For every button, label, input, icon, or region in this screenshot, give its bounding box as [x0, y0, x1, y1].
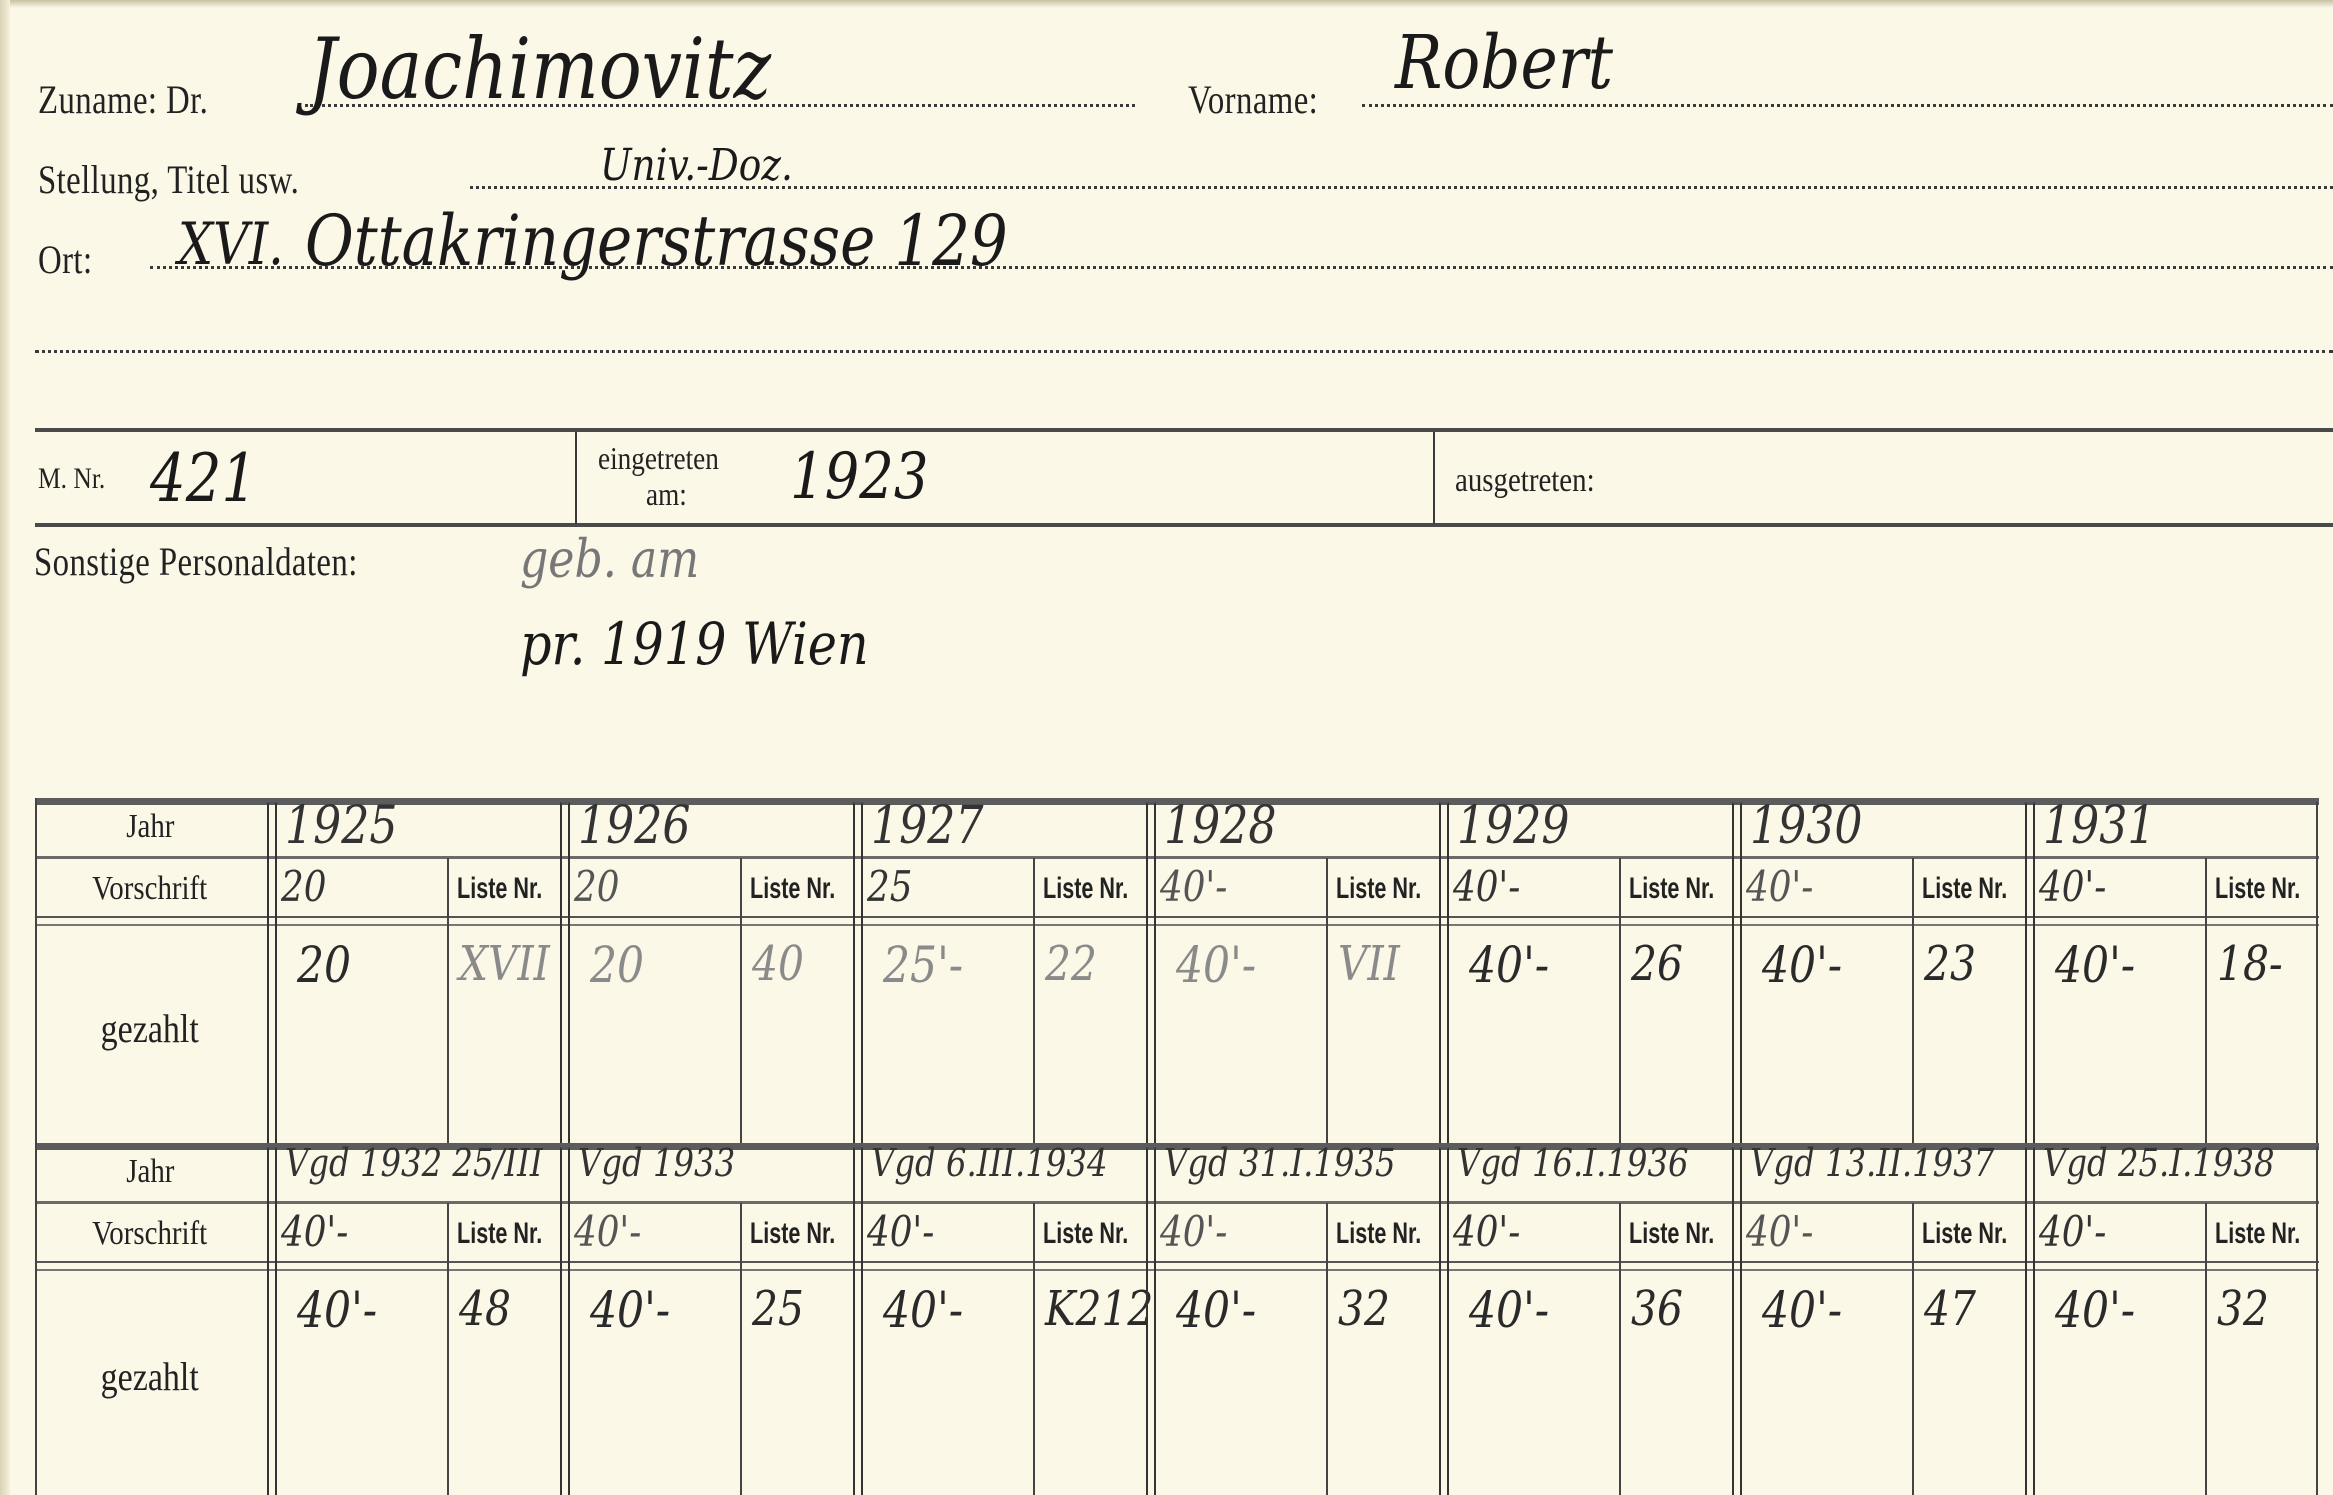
top-liste-divider — [1326, 858, 1328, 1144]
cell-vorschrift: 40'- — [2039, 1207, 2106, 1256]
cell-gezahlt: 40'- — [1469, 1281, 1549, 1339]
cell-jahr: 1927 — [871, 796, 983, 856]
top-year-divider — [1732, 802, 1742, 1148]
label-liste-nr: Liste Nr. — [1336, 872, 1421, 906]
cell-liste-nr: 18- — [2217, 936, 2283, 992]
membership-divider-2 — [1433, 432, 1435, 524]
bottom-liste-divider — [1619, 1203, 1621, 1495]
cell-vorschrift: 40'- — [867, 1207, 934, 1256]
cell-vorschrift: 40'- — [2039, 862, 2106, 911]
cell-jahr: Vgd 25.I.1938 — [2043, 1141, 2275, 1185]
top-liste-divider — [740, 858, 742, 1144]
ort-label: Ort: — [38, 236, 92, 283]
bottom-right-border — [2316, 1147, 2318, 1495]
stellung-label: Stellung, Titel usw. — [38, 156, 299, 203]
cell-liste-nr: 40 — [752, 936, 804, 992]
zuname-label: Zuname: Dr. — [38, 76, 208, 123]
eingetreten-label: eingetreten — [598, 440, 719, 477]
row-label-gezahlt: gezahlt — [35, 1005, 265, 1052]
top-vorschrift-rule — [35, 916, 2319, 926]
cell-gezahlt: 25'- — [883, 936, 963, 994]
bottom-liste-divider — [740, 1203, 742, 1495]
top-year-divider — [560, 802, 570, 1148]
cell-liste-nr: 32 — [2217, 1281, 2269, 1337]
cell-liste-nr: 48 — [459, 1281, 511, 1337]
row-label-vorschrift: Vorschrift — [35, 870, 265, 908]
stellung-value: Univ.-Doz. — [600, 140, 793, 191]
top-year-divider — [1146, 802, 1156, 1148]
bottom-year-divider — [1732, 1147, 1742, 1495]
cell-liste-nr: VII — [1338, 936, 1400, 992]
cell-liste-nr: 36 — [1631, 1281, 1683, 1337]
top-year-divider — [267, 802, 277, 1148]
cell-jahr: 1926 — [578, 796, 690, 856]
top-liste-divider — [1033, 858, 1035, 1144]
row-label-jahr: Jahr — [35, 808, 265, 846]
bottom-year-divider — [1146, 1147, 1156, 1495]
cell-liste-nr: XVII — [459, 936, 550, 992]
membership-divider-1 — [575, 432, 577, 524]
label-liste-nr: Liste Nr. — [1043, 1217, 1128, 1251]
top-year-divider — [1439, 802, 1449, 1148]
cell-gezahlt: 40'- — [1762, 936, 1842, 994]
card-edge-left — [0, 0, 10, 1495]
cell-jahr: 1925 — [285, 796, 397, 856]
bottom-liste-divider — [1326, 1203, 1328, 1495]
bottom-vorschrift-rule — [35, 1261, 2319, 1271]
zuname-value: Joachimovitz — [308, 20, 771, 118]
label-liste-nr: Liste Nr. — [1629, 872, 1714, 906]
personal-label: Sonstige Personaldaten: — [34, 538, 358, 585]
card-edge-top — [0, 0, 2333, 8]
bottom-left-border — [35, 1143, 37, 1495]
label-liste-nr: Liste Nr. — [1922, 1217, 2007, 1251]
eingetreten-am-label: am: — [646, 476, 687, 513]
cell-jahr: Vgd 1932 25/III — [285, 1141, 543, 1185]
cell-jahr: 1929 — [1457, 796, 1569, 856]
cell-vorschrift: 40'- — [1746, 1207, 1813, 1256]
cell-gezahlt: 40'- — [1469, 936, 1549, 994]
top-jahr-rule — [35, 856, 2319, 859]
label-liste-nr: Liste Nr. — [1043, 872, 1128, 906]
cell-vorschrift: 40'- — [1160, 1207, 1227, 1256]
ledger-table-1932-1938: JahrVorschriftgezahltVgd 1932 25/III40'-… — [35, 1143, 2319, 1495]
label-liste-nr: Liste Nr. — [457, 1217, 542, 1251]
cell-gezahlt: 40'- — [1762, 1281, 1842, 1339]
cell-gezahlt: 40'- — [2055, 936, 2135, 994]
row-label-vorschrift: Vorschrift — [35, 1215, 265, 1253]
cell-liste-nr: 47 — [1924, 1281, 1976, 1337]
top-liste-divider — [447, 858, 449, 1144]
cell-gezahlt: 40'- — [590, 1281, 670, 1339]
cell-jahr: Vgd 6.III.1934 — [871, 1141, 1108, 1185]
cell-liste-nr: 32 — [1338, 1281, 1390, 1337]
top-liste-divider — [2205, 858, 2207, 1144]
row-label-jahr: Jahr — [35, 1153, 265, 1191]
cell-jahr: Vgd 31.I.1935 — [1164, 1141, 1396, 1185]
bottom-year-divider — [853, 1147, 863, 1495]
cell-jahr: 1928 — [1164, 796, 1276, 856]
cell-vorschrift: 40'- — [1453, 1207, 1520, 1256]
bottom-jahr-rule — [35, 1201, 2319, 1204]
cell-jahr: 1931 — [2043, 796, 2155, 856]
row-label-gezahlt: gezahlt — [35, 1353, 265, 1400]
cell-vorschrift: 40'- — [1453, 862, 1520, 911]
cell-vorschrift: 40'- — [1160, 862, 1227, 911]
label-liste-nr: Liste Nr. — [2215, 1217, 2300, 1251]
ort-value: Ottakringerstrasse 129 — [305, 200, 1008, 282]
cell-jahr: Vgd 1933 — [578, 1141, 735, 1185]
cell-liste-nr: 22 — [1045, 936, 1097, 992]
cell-liste-nr: 26 — [1631, 936, 1683, 992]
eingetreten-value: 1923 — [790, 440, 928, 514]
cell-liste-nr: K212 — [1045, 1281, 1153, 1337]
cell-liste-nr: 23 — [1924, 936, 1976, 992]
top-year-divider — [853, 802, 863, 1148]
label-liste-nr: Liste Nr. — [1629, 1217, 1714, 1251]
bottom-liste-divider — [447, 1203, 449, 1495]
personal-line-2: pr. 1919 Wien — [520, 610, 869, 678]
cell-vorschrift: 20 — [281, 862, 326, 911]
vorname-label: Vorname: — [1188, 76, 1318, 123]
membership-top-rule — [35, 428, 2333, 432]
cell-gezahlt: 20 — [590, 936, 644, 994]
bottom-year-divider — [1439, 1147, 1449, 1495]
cell-jahr: 1930 — [1750, 796, 1862, 856]
mnr-value: 421 — [150, 440, 257, 517]
cell-vorschrift: 20 — [574, 862, 619, 911]
ort-district: XVI. — [178, 210, 284, 278]
vorname-value: Robert — [1395, 20, 1613, 106]
cell-vorschrift: 40'- — [1746, 862, 1813, 911]
label-liste-nr: Liste Nr. — [457, 872, 542, 906]
cell-vorschrift: 40'- — [574, 1207, 641, 1256]
bottom-year-divider — [2025, 1147, 2035, 1495]
bottom-year-divider — [267, 1147, 277, 1495]
top-liste-divider — [1619, 858, 1621, 1144]
cell-vorschrift: 25 — [867, 862, 912, 911]
extra-address-line — [35, 350, 2333, 353]
ausgetreten-label: ausgetreten: — [1455, 462, 1595, 500]
ledger-table-1925-1931: JahrVorschriftgezahlt192520Liste Nr.20XV… — [35, 798, 2319, 1144]
label-liste-nr: Liste Nr. — [2215, 872, 2300, 906]
cell-jahr: Vgd 13.II.1937 — [1750, 1141, 1994, 1185]
bottom-liste-divider — [1033, 1203, 1035, 1495]
cell-gezahlt: 40'- — [1176, 1281, 1256, 1339]
personal-line-1: geb. am — [520, 530, 699, 590]
label-liste-nr: Liste Nr. — [1922, 872, 2007, 906]
top-left-border — [35, 798, 37, 1144]
mnr-label: M. Nr. — [38, 462, 105, 496]
top-right-border — [2316, 802, 2318, 1144]
label-liste-nr: Liste Nr. — [1336, 1217, 1421, 1251]
membership-bottom-rule — [35, 523, 2333, 527]
top-year-divider — [2025, 802, 2035, 1148]
bottom-liste-divider — [2205, 1203, 2207, 1495]
bottom-year-divider — [560, 1147, 570, 1495]
label-liste-nr: Liste Nr. — [750, 872, 835, 906]
cell-liste-nr: 25 — [752, 1281, 804, 1337]
cell-jahr: Vgd 16.I.1936 — [1457, 1141, 1689, 1185]
cell-gezahlt: 40'- — [883, 1281, 963, 1339]
cell-gezahlt: 40'- — [1176, 936, 1256, 994]
cell-gezahlt: 40'- — [297, 1281, 377, 1339]
cell-vorschrift: 40'- — [281, 1207, 348, 1256]
bottom-liste-divider — [1912, 1203, 1914, 1495]
cell-gezahlt: 20 — [297, 936, 351, 994]
top-liste-divider — [1912, 858, 1914, 1144]
label-liste-nr: Liste Nr. — [750, 1217, 835, 1251]
cell-gezahlt: 40'- — [2055, 1281, 2135, 1339]
